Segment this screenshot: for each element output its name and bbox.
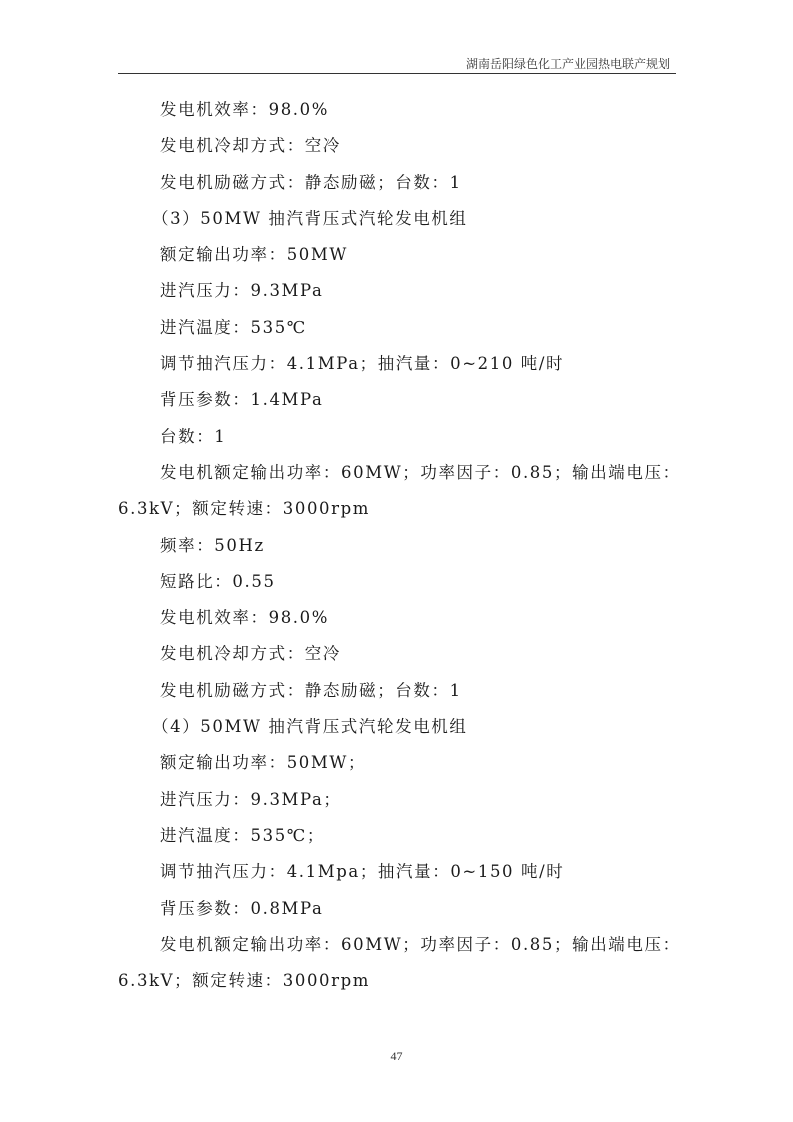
line-generator-efficiency: 发电机效率：98.0% [118,92,678,128]
line-cooling-method: 发电机冷却方式：空冷 [118,636,678,672]
line-generator-rating-cont: 6.3kV；额定转速：3000rpm [118,491,678,527]
line-frequency: 频率：50Hz [118,528,678,564]
line-short-circuit-ratio: 短路比：0.55 [118,564,678,600]
page-number: 47 [0,1049,793,1064]
line-back-pressure: 背压参数：0.8MPa [118,891,678,927]
line-generator-rating: 发电机额定输出功率：60MW；功率因子：0.85；输出端电压： [118,455,678,491]
section-heading-3: （3）50MW 抽汽背压式汽轮发电机组 [118,201,678,237]
line-excitation-method: 发电机励磁方式：静态励磁；台数：1 [118,673,678,709]
document-body: 发电机效率：98.0% 发电机冷却方式：空冷 发电机励磁方式：静态励磁；台数：1… [118,92,678,999]
line-inlet-temperature: 进汽温度：535℃； [118,818,678,854]
line-rated-output: 额定输出功率：50MW； [118,745,678,781]
line-inlet-pressure: 进汽压力：9.3MPa [118,273,678,309]
line-generator-efficiency: 发电机效率：98.0% [118,600,678,636]
line-generator-rating: 发电机额定输出功率：60MW；功率因子：0.85；输出端电压： [118,927,678,963]
line-inlet-temperature: 进汽温度：535℃ [118,310,678,346]
line-cooling-method: 发电机冷却方式：空冷 [118,128,678,164]
page-header: 湖南岳阳绿色化工产业园热电联产规划 [118,54,676,74]
line-extraction-pressure: 调节抽汽压力：4.1MPa；抽汽量：0~210 吨/时 [118,346,678,382]
line-rated-output: 额定输出功率：50MW [118,237,678,273]
line-generator-rating-cont: 6.3kV；额定转速：3000rpm [118,963,678,999]
line-back-pressure: 背压参数：1.4MPa [118,382,678,418]
line-extraction-pressure: 调节抽汽压力：4.1Mpa；抽汽量：0~150 吨/时 [118,854,678,890]
line-excitation-method: 发电机励磁方式：静态励磁；台数：1 [118,165,678,201]
line-unit-count: 台数：1 [118,419,678,455]
header-title: 湖南岳阳绿色化工产业园热电联产规划 [466,55,670,72]
section-heading-4: （4）50MW 抽汽背压式汽轮发电机组 [118,709,678,745]
line-inlet-pressure: 进汽压力：9.3MPa； [118,782,678,818]
